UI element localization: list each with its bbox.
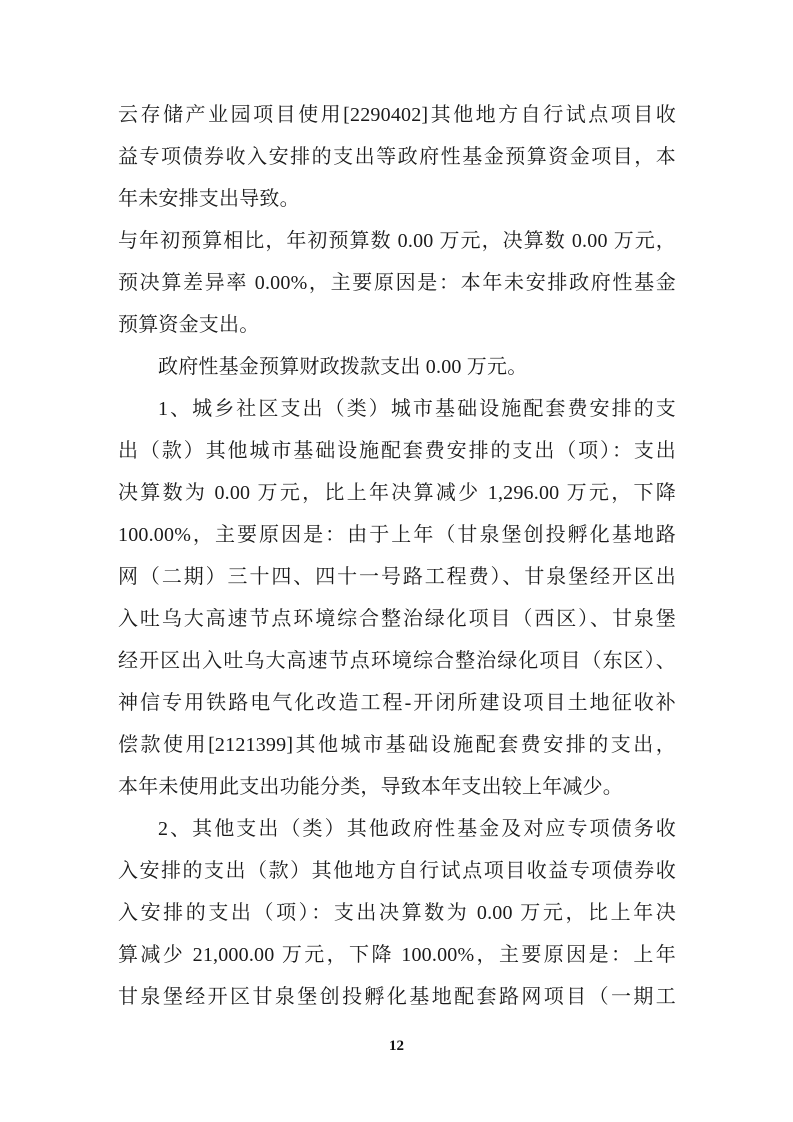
text-line: 网（二期）三十四、四十一号路工程费）、甘泉堡经开区出 [118, 556, 676, 598]
text-line: 预决算差异率 0.00%，主要原因是：本年未安排政府性基金 [118, 262, 676, 304]
page-number: 12 [0, 1038, 793, 1055]
text-line: 入安排的支出（项）：支出决算数为 0.00 万元，比上年决 [118, 892, 676, 934]
text-line: 政府性基金预算财政拨款支出 0.00 万元。 [118, 346, 676, 388]
text-line: 1、城乡社区支出（类）城市基础设施配套费安排的支 [118, 388, 676, 430]
text-line: 甘泉堡经开区甘泉堡创投孵化基地配套路网项目（一期工 [118, 976, 676, 1018]
text-line: 与年初预算相比，年初预算数 0.00 万元，决算数 0.00 万元， [118, 220, 676, 262]
document-page: 云存储产业园项目使用[2290402]其他地方自行试点项目收 益专项债券收入安排… [0, 0, 793, 1122]
text-line: 2、其他支出（类）其他政府性基金及对应专项债务收 [118, 808, 676, 850]
text-line: 100.00%，主要原因是：由于上年（甘泉堡创投孵化基地路 [118, 514, 676, 556]
text-line: 神信专用铁路电气化改造工程-开闭所建设项目土地征收补 [118, 682, 676, 724]
text-line: 预算资金支出。 [118, 304, 676, 346]
text-line: 益专项债券收入安排的支出等政府性基金预算资金项目，本 [118, 136, 676, 178]
text-line: 本年未使用此支出功能分类，导致本年支出较上年减少。 [118, 766, 676, 808]
document-body: 云存储产业园项目使用[2290402]其他地方自行试点项目收 益专项债券收入安排… [118, 94, 676, 1018]
text-line: 偿款使用[2121399]其他城市基础设施配套费安排的支出， [118, 724, 676, 766]
text-line: 入吐乌大高速节点环境综合整治绿化项目（西区）、甘泉堡 [118, 598, 676, 640]
text-line: 经开区出入吐乌大高速节点环境综合整治绿化项目（东区）、 [118, 640, 676, 682]
text-line: 云存储产业园项目使用[2290402]其他地方自行试点项目收 [118, 94, 676, 136]
text-line: 算减少 21,000.00 万元，下降 100.00%，主要原因是：上年 [118, 934, 676, 976]
text-line: 入安排的支出（款）其他地方自行试点项目收益专项债券收 [118, 850, 676, 892]
text-line: 年未安排支出导致。 [118, 178, 676, 220]
text-line: 出（款）其他城市基础设施配套费安排的支出（项）：支出 [118, 430, 676, 472]
text-line: 决算数为 0.00 万元，比上年决算减少 1,296.00 万元，下降 [118, 472, 676, 514]
